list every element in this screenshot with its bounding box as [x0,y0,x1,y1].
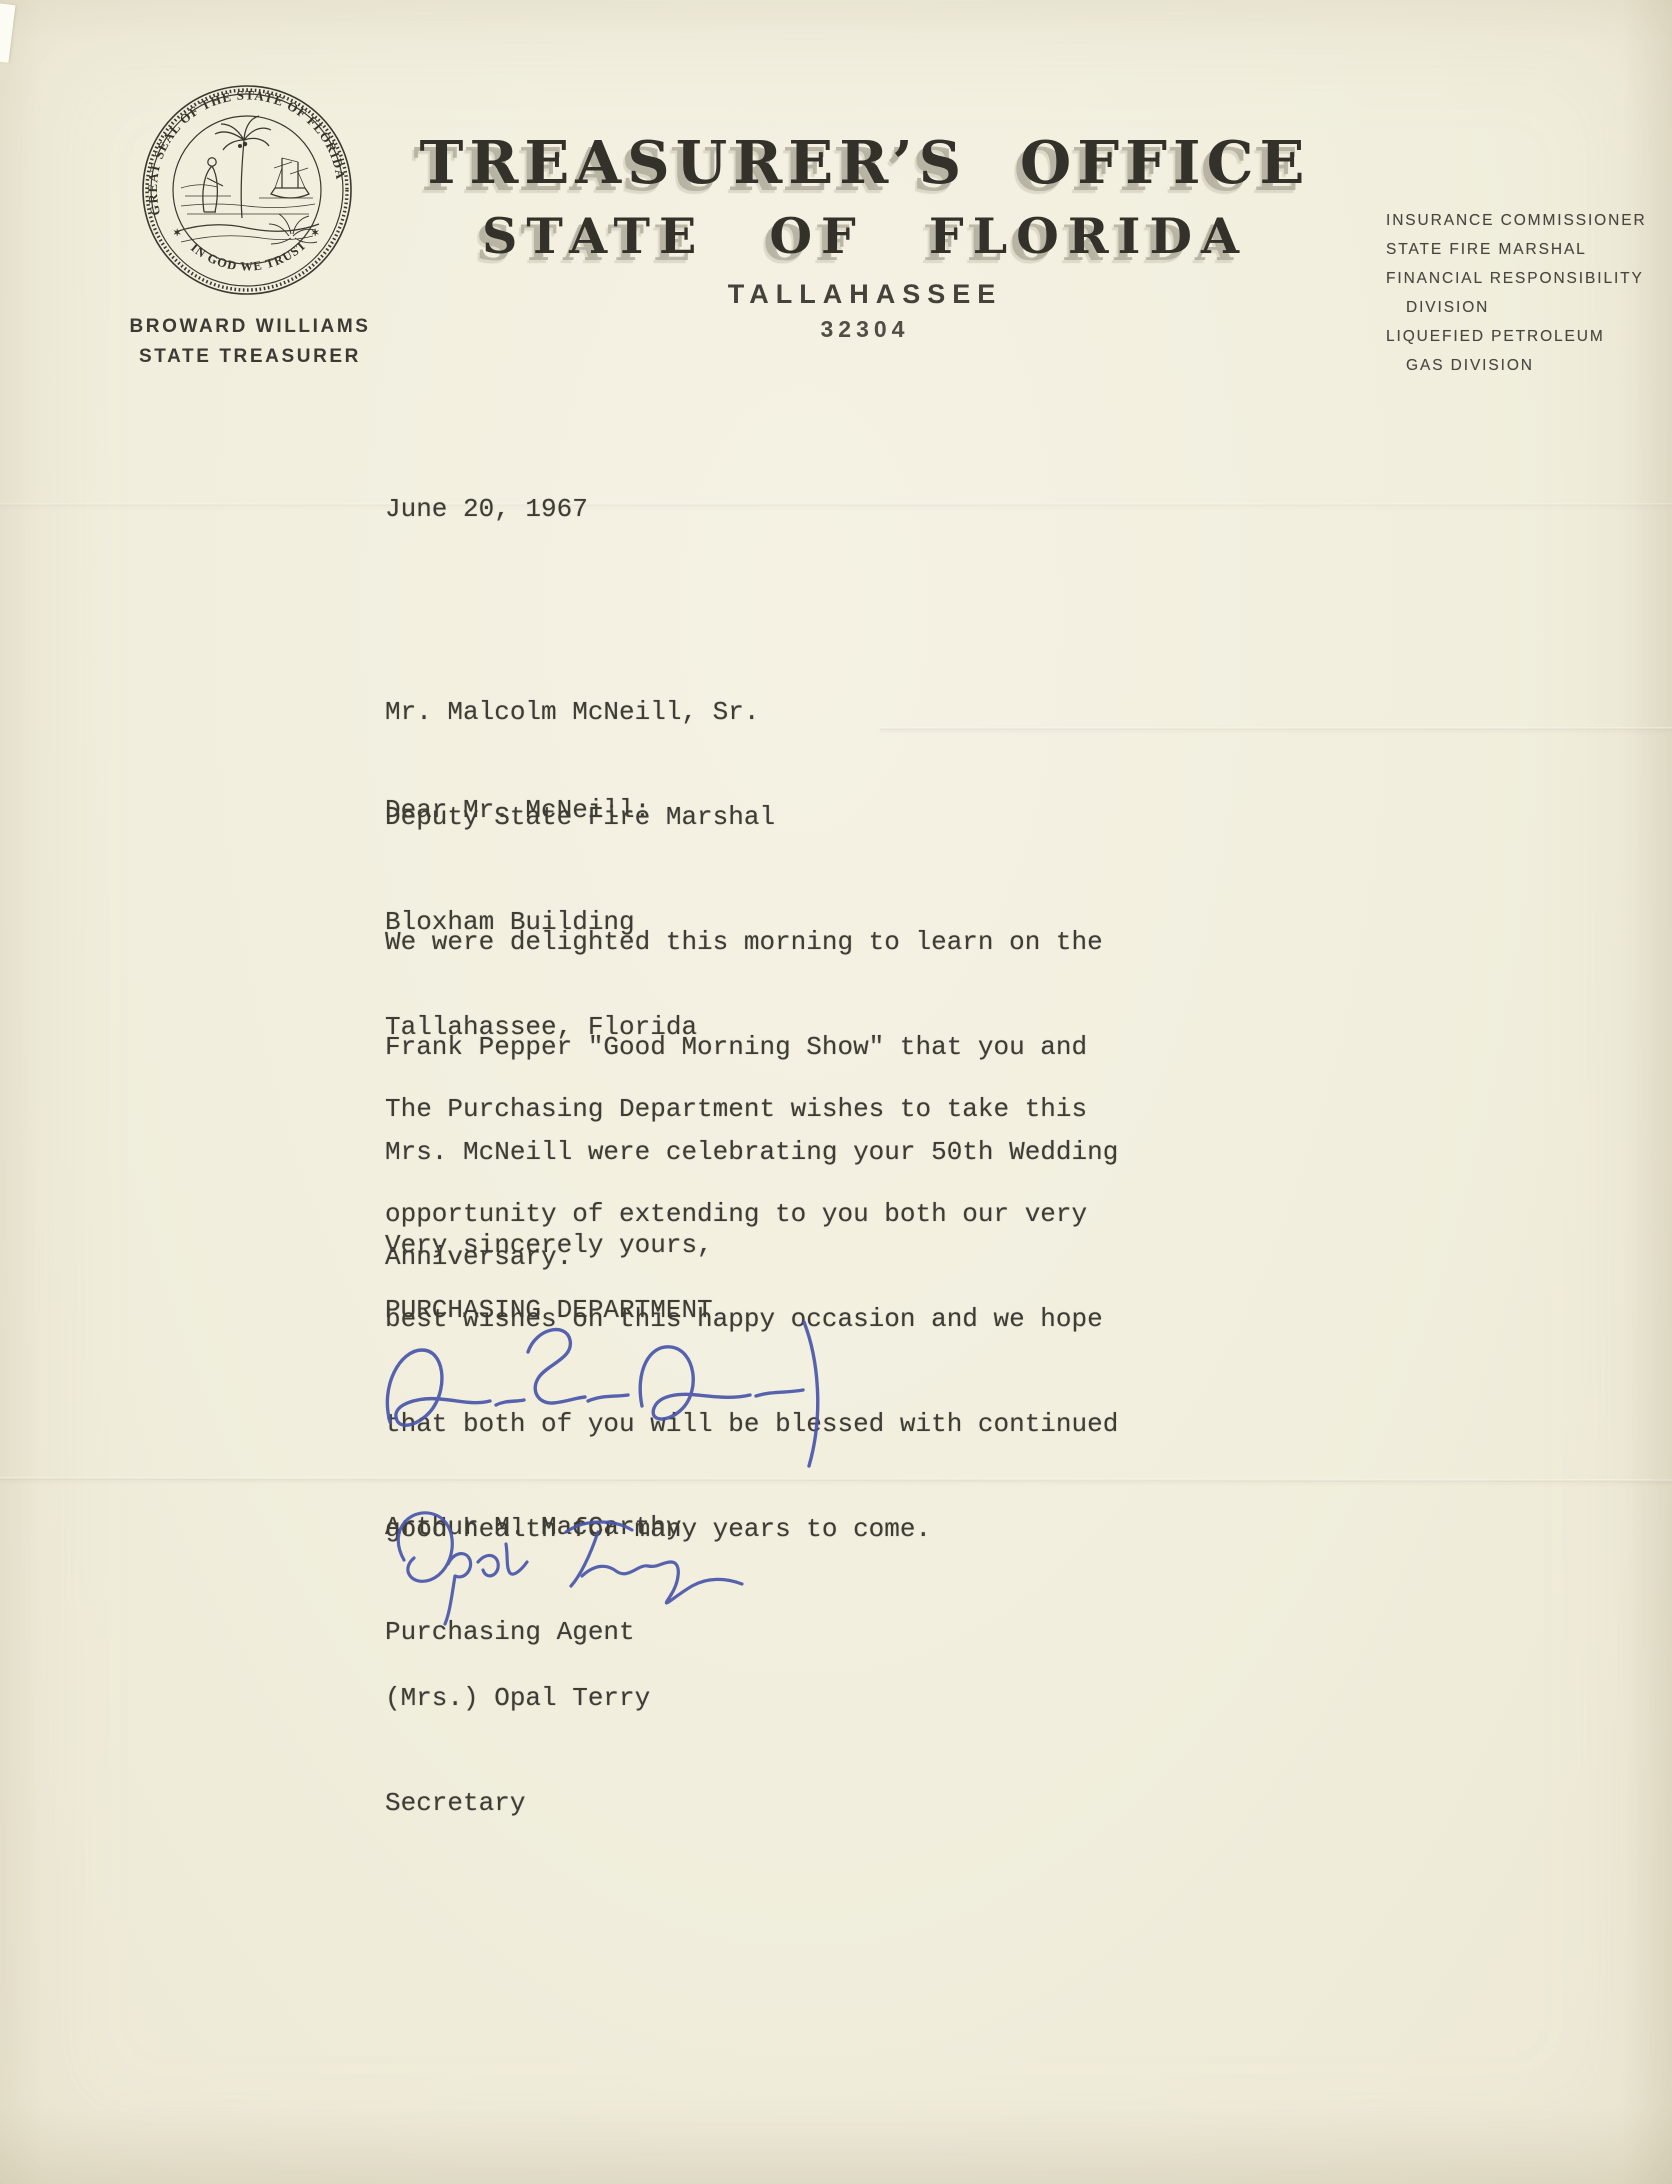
body-line: The Purchasing Department wishes to take… [385,1092,1118,1127]
official-block: BROWARD WILLIAMS STATE TREASURER [88,312,412,372]
official-name: BROWARD WILLIAMS [88,312,412,342]
signer2-name: (Mrs.) Opal Terry [385,1681,650,1716]
scan-corner-notch [0,3,15,63]
signer2-title: Secretary [385,1786,650,1821]
seal-top-text: GREAT SEAL OF THE STATE OF FLORIDA [145,87,349,217]
salutation: Dear Mr. McNeill: [385,793,650,828]
office-title-line2: STATE OF FLORIDA [408,207,1322,265]
seal-star-left: ✶ [173,228,181,239]
division-liquefied-petroleum: LIQUEFIED PETROLEUM [1386,322,1666,351]
divisions-list: INSURANCE COMMISSIONER STATE FIRE MARSHA… [1386,206,1666,380]
body-line: We were delighted this morning to learn … [385,925,1118,960]
recipient-line: Mr. Malcolm McNeill, Sr. [385,695,775,730]
official-title: STATE TREASURER [88,342,412,372]
signer1-name: Arthur M. MacCarthy [385,1510,681,1545]
division-insurance-commissioner: INSURANCE COMMISSIONER [1386,206,1666,235]
division-financial-responsibility: FINANCIAL RESPONSIBILITY [1386,264,1666,293]
division-financial-responsibility-division: DIVISION [1386,293,1666,322]
division-gas-division: GAS DIVISION [1386,351,1666,380]
seal-bottom-text: IN GOD WE TRUST [188,238,309,274]
fold-crease-middle [880,727,1672,730]
letter-date: June 20, 1967 [385,492,588,527]
state-seal-graphic: GREAT SEAL OF THE STATE OF FLORIDA IN GO… [141,84,353,296]
fold-crease-upper [0,503,1672,506]
body-line: that both of you will be blessed with co… [385,1407,1118,1442]
state-seal: GREAT SEAL OF THE STATE OF FLORIDA IN GO… [141,84,353,296]
signer2-block: (Mrs.) Opal Terry Secretary [385,1611,650,1856]
division-state-fire-marshal: STATE FIRE MARSHAL [1386,235,1666,264]
letterhead-city: TALLAHASSEE [408,279,1322,310]
department-name: PURCHASING DEPARTMENT [385,1293,713,1328]
complimentary-closing: Very sincerely yours, [385,1228,713,1263]
office-title-line1: TREASURER’S OFFICE [408,128,1322,197]
letterhead-title-block: TREASURER’S OFFICE STATE OF FLORIDA TALL… [408,128,1322,343]
body-line: opportunity of extending to you both our… [385,1197,1118,1232]
letterhead-zip: 32304 [408,316,1322,343]
